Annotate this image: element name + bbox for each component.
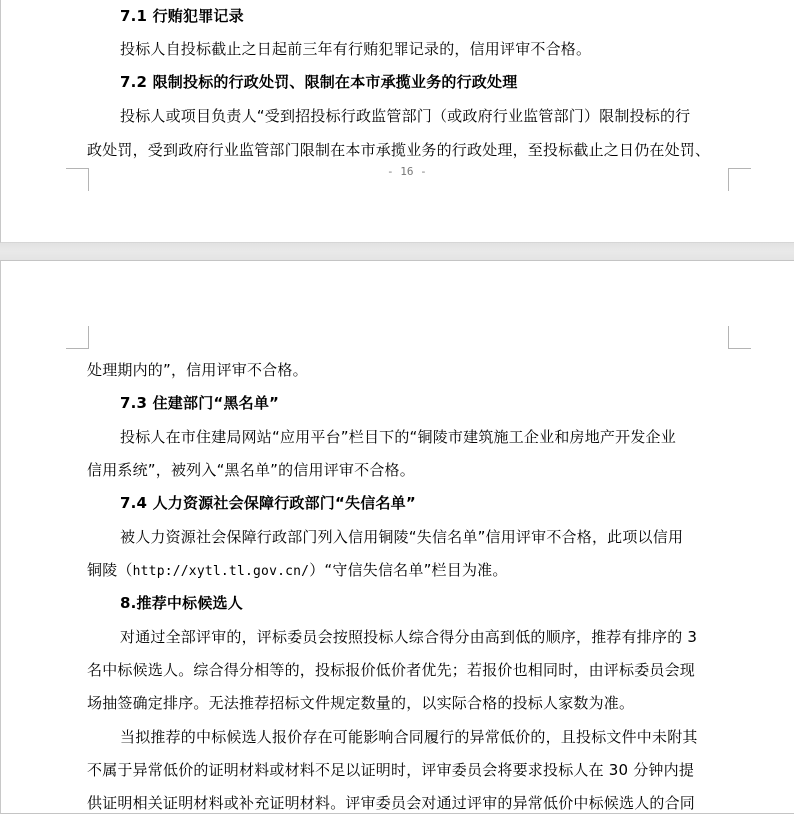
section-heading-7-3: 7.3 住建部门“黑名单” bbox=[120, 393, 279, 413]
paragraph-8b-line-1: 当拟推荐的中标候选人报价存在可能影响合同履行的异常低价的，且投标文件中未附其 bbox=[120, 727, 698, 747]
paragraph-7-2-line-3: 处理期内的”，信用评审不合格。 bbox=[87, 360, 308, 380]
paragraph-8a-line-1: 对通过全部评审的，评标委员会按照投标人综合得分由高到低的顺序，推荐有排序的 3 bbox=[120, 627, 697, 647]
paragraph-8a-line-3: 场抽签确定排序。无法推荐招标文件规定数量的，以实际合格的投标人家数为准。 bbox=[87, 693, 634, 713]
paragraph-text: ）“守信失信名单”栏目为准。 bbox=[309, 561, 507, 579]
document-page-17: 处理期内的”，信用评审不合格。 7.3 住建部门“黑名单” 投标人在市住建局网站… bbox=[0, 260, 794, 814]
section-heading-7-4: 7.4 人力资源社会保障行政部门“失信名单” bbox=[120, 493, 416, 513]
page-number: - 16 - bbox=[387, 165, 427, 178]
paragraph-7-4-line-1: 被人力资源社会保障行政部门列入信用铜陵“失信名单”信用评审不合格，此项以信用 bbox=[120, 527, 683, 547]
paragraph-7-2-line-1: 投标人或项目负责人“受到招投标行政监管部门（或政府行业监管部门）限制投标的行 bbox=[120, 106, 690, 126]
paragraph-text: 铜陵（ bbox=[87, 561, 133, 579]
section-heading-8: 8.推荐中标候选人 bbox=[120, 593, 243, 613]
paragraph-7-4-line-2: 铜陵（http://xytl.tl.gov.cn/）“守信失信名单”栏目为准。 bbox=[87, 560, 508, 582]
margin-corner-mark bbox=[66, 168, 89, 191]
paragraph-7-1: 投标人自投标截止之日起前三年有行贿犯罪记录的，信用评审不合格。 bbox=[120, 39, 591, 59]
section-heading-7-2: 7.2 限制投标的行政处罚、限制在本市承揽业务的行政处理 bbox=[120, 72, 517, 92]
page-gap bbox=[0, 243, 794, 260]
section-heading-7-1: 7.1 行贿犯罪记录 bbox=[120, 6, 244, 26]
margin-corner-mark bbox=[66, 326, 89, 349]
paragraph-7-2-line-2: 政处罚，受到政府行业监管部门限制在本市承揽业务的行政处理，至投标截止之日仍在处罚… bbox=[87, 140, 710, 160]
margin-corner-mark bbox=[728, 326, 751, 349]
margin-corner-mark bbox=[728, 168, 751, 191]
paragraph-8b-line-3: 供证明相关证明材料或补充证明材料。评审委员会对通过评审的异常低价中标候选人的合同 bbox=[87, 793, 695, 813]
paragraph-7-3-line-1: 投标人在市住建局网站“应用平台”栏目下的“铜陵市建筑施工企业和房地产开发企业 bbox=[120, 427, 676, 447]
document-page-16: 7.1 行贿犯罪记录 投标人自投标截止之日起前三年有行贿犯罪记录的，信用评审不合… bbox=[0, 0, 794, 243]
url-text: http://xytl.tl.gov.cn/ bbox=[133, 564, 310, 579]
paragraph-8a-line-2: 名中标候选人。综合得分相等的，投标报价低价者优先；若报价也相同时，由评标委员会现 bbox=[87, 660, 695, 680]
paragraph-8b-line-2: 不属于异常低价的证明材料或材料不足以证明时，评审委员会将要求投标人在 30 分钟… bbox=[87, 760, 694, 780]
paragraph-7-3-line-2: 信用系统”，被列入“黑名单”的信用评审不合格。 bbox=[87, 460, 415, 480]
